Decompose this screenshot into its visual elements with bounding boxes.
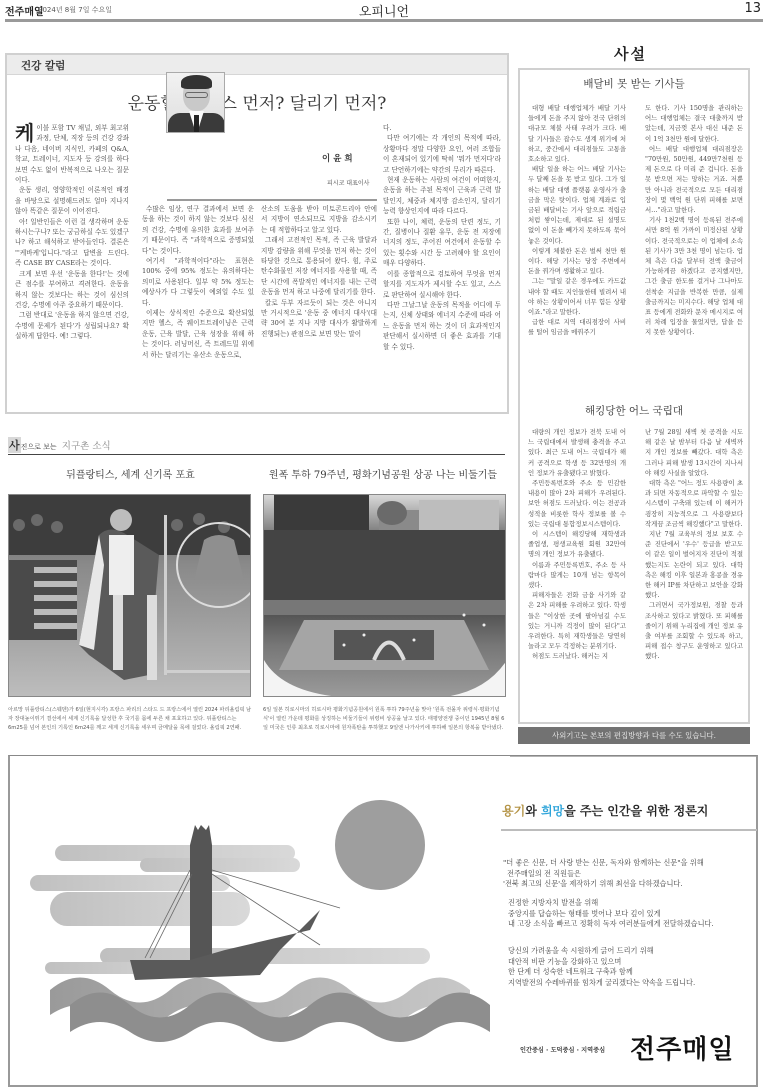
ad-tagline: 인간중심 · 도덕중심 · 지역중심: [520, 1045, 605, 1054]
author-photo: [166, 72, 225, 133]
column-text-col4: 다. 다만 여기에는 각 개인의 목적에 따라, 상황마다 정말 다양한 요인,…: [383, 123, 501, 352]
divider: [167, 199, 377, 201]
author-title: 피시코 대표이사: [327, 178, 369, 187]
column-header: 건강 칼럼: [7, 55, 507, 75]
photo-caption-1: 아르망 뒤플랑티스(스웨덴)가 6일(현지시각) 프랑스 파리의 스타드 드 프…: [8, 706, 252, 734]
column-title: 운동할 때 헬스 먼저? 달리기 먼저?: [7, 89, 507, 114]
photo-news-label: 사진으로 보는 지구촌 소식: [8, 434, 111, 453]
section-title: 오피니언: [5, 1, 763, 20]
divider: [8, 454, 505, 455]
ad-slogan: 용기와 희망을 주는 인간을 위한 정론지: [502, 802, 708, 819]
dropcap: 케: [15, 123, 34, 143]
photo-caption-2: 6일 일본 히로시마의 히로시마 평화기념공원에서 원폭 투하 79주년을 맞아…: [263, 706, 507, 734]
page-number: 13: [744, 1, 761, 16]
divider: [501, 829, 757, 831]
photo-title-1: 뒤플랑티스, 세계 신기록 포효: [8, 466, 253, 481]
photo-title-2: 원폭 투하 79주년, 평화기념공원 상공 나는 비둘기들: [258, 466, 508, 481]
disclaimer-banner: 사외기고는 본보의 편집방향과 다를 수도 있습니다.: [518, 727, 750, 744]
column-text-col2: 수많은 임상, 연구 결과에서 보면 운동을 하는 것이 하지 않는 것보다 심…: [142, 204, 254, 360]
editorial-1-col2: 도 한다. 기사 150명을 관리하는 어느 대행업체는 결국 대출까지 받았는…: [645, 103, 743, 338]
photo-athlete: [8, 494, 251, 697]
newspaper-logo: 전주매일: [630, 1029, 734, 1066]
photo-hiroshima: [263, 494, 506, 697]
ad-paragraph-2: 진정한 지방자치 발전을 위해 중앙지를 답습하는 형태를 벗어나 보다 깊이 …: [508, 898, 714, 930]
editorial-title-2: 해킹당한 어느 국립대: [520, 403, 748, 418]
author-name: 이윤희: [322, 152, 356, 164]
editorial-2-col1: 대량의 개인 정보가 전북 도내 어느 국립대에서 발생해 충격을 주고 있다.…: [528, 427, 626, 662]
masthead: 전주매일 2024년 8월 7일 수요일 오피니언 13: [5, 0, 763, 22]
editorial-2-col2: 난 7월 28일 새벽 첫 공격을 시도해 같은 날 밤부터 다음 날 새벽까지…: [645, 427, 743, 662]
lighthouse-ship-illustration: [20, 800, 490, 1060]
editorial-label: 사설: [604, 43, 657, 64]
health-column: 건강 칼럼 운동할 때 헬스 먼저? 달리기 먼저? 케 이블 포함 TV 채널…: [5, 53, 509, 414]
ad-paragraph-1: "더 좋은 신문, 더 사랑 받는 신문, 독자와 함께하는 신문"을 위해 전…: [503, 858, 704, 890]
editorial-title-1: 배달비 못 받는 기사들: [520, 76, 748, 91]
ad-paragraph-3: 당신의 가려움을 속 시원하게 긁어 드리기 위해 대안적 비판 기능을 강화하…: [508, 946, 695, 988]
column-text-col1: 케 이블 포함 TV 채널, 외부 최고위 과정, 단체, 직장 등의 건강 강…: [15, 123, 129, 342]
editorial-1-col1: 대형 배달 대행업체가 배달 기사들에게 돈을 주지 않아 전국 단위의 대규모…: [528, 103, 626, 338]
column-text-col3: 산소의 도움을 받아 미토콘드리아 안에서 지방이 연소되므로 지방을 감소시키…: [261, 204, 377, 339]
